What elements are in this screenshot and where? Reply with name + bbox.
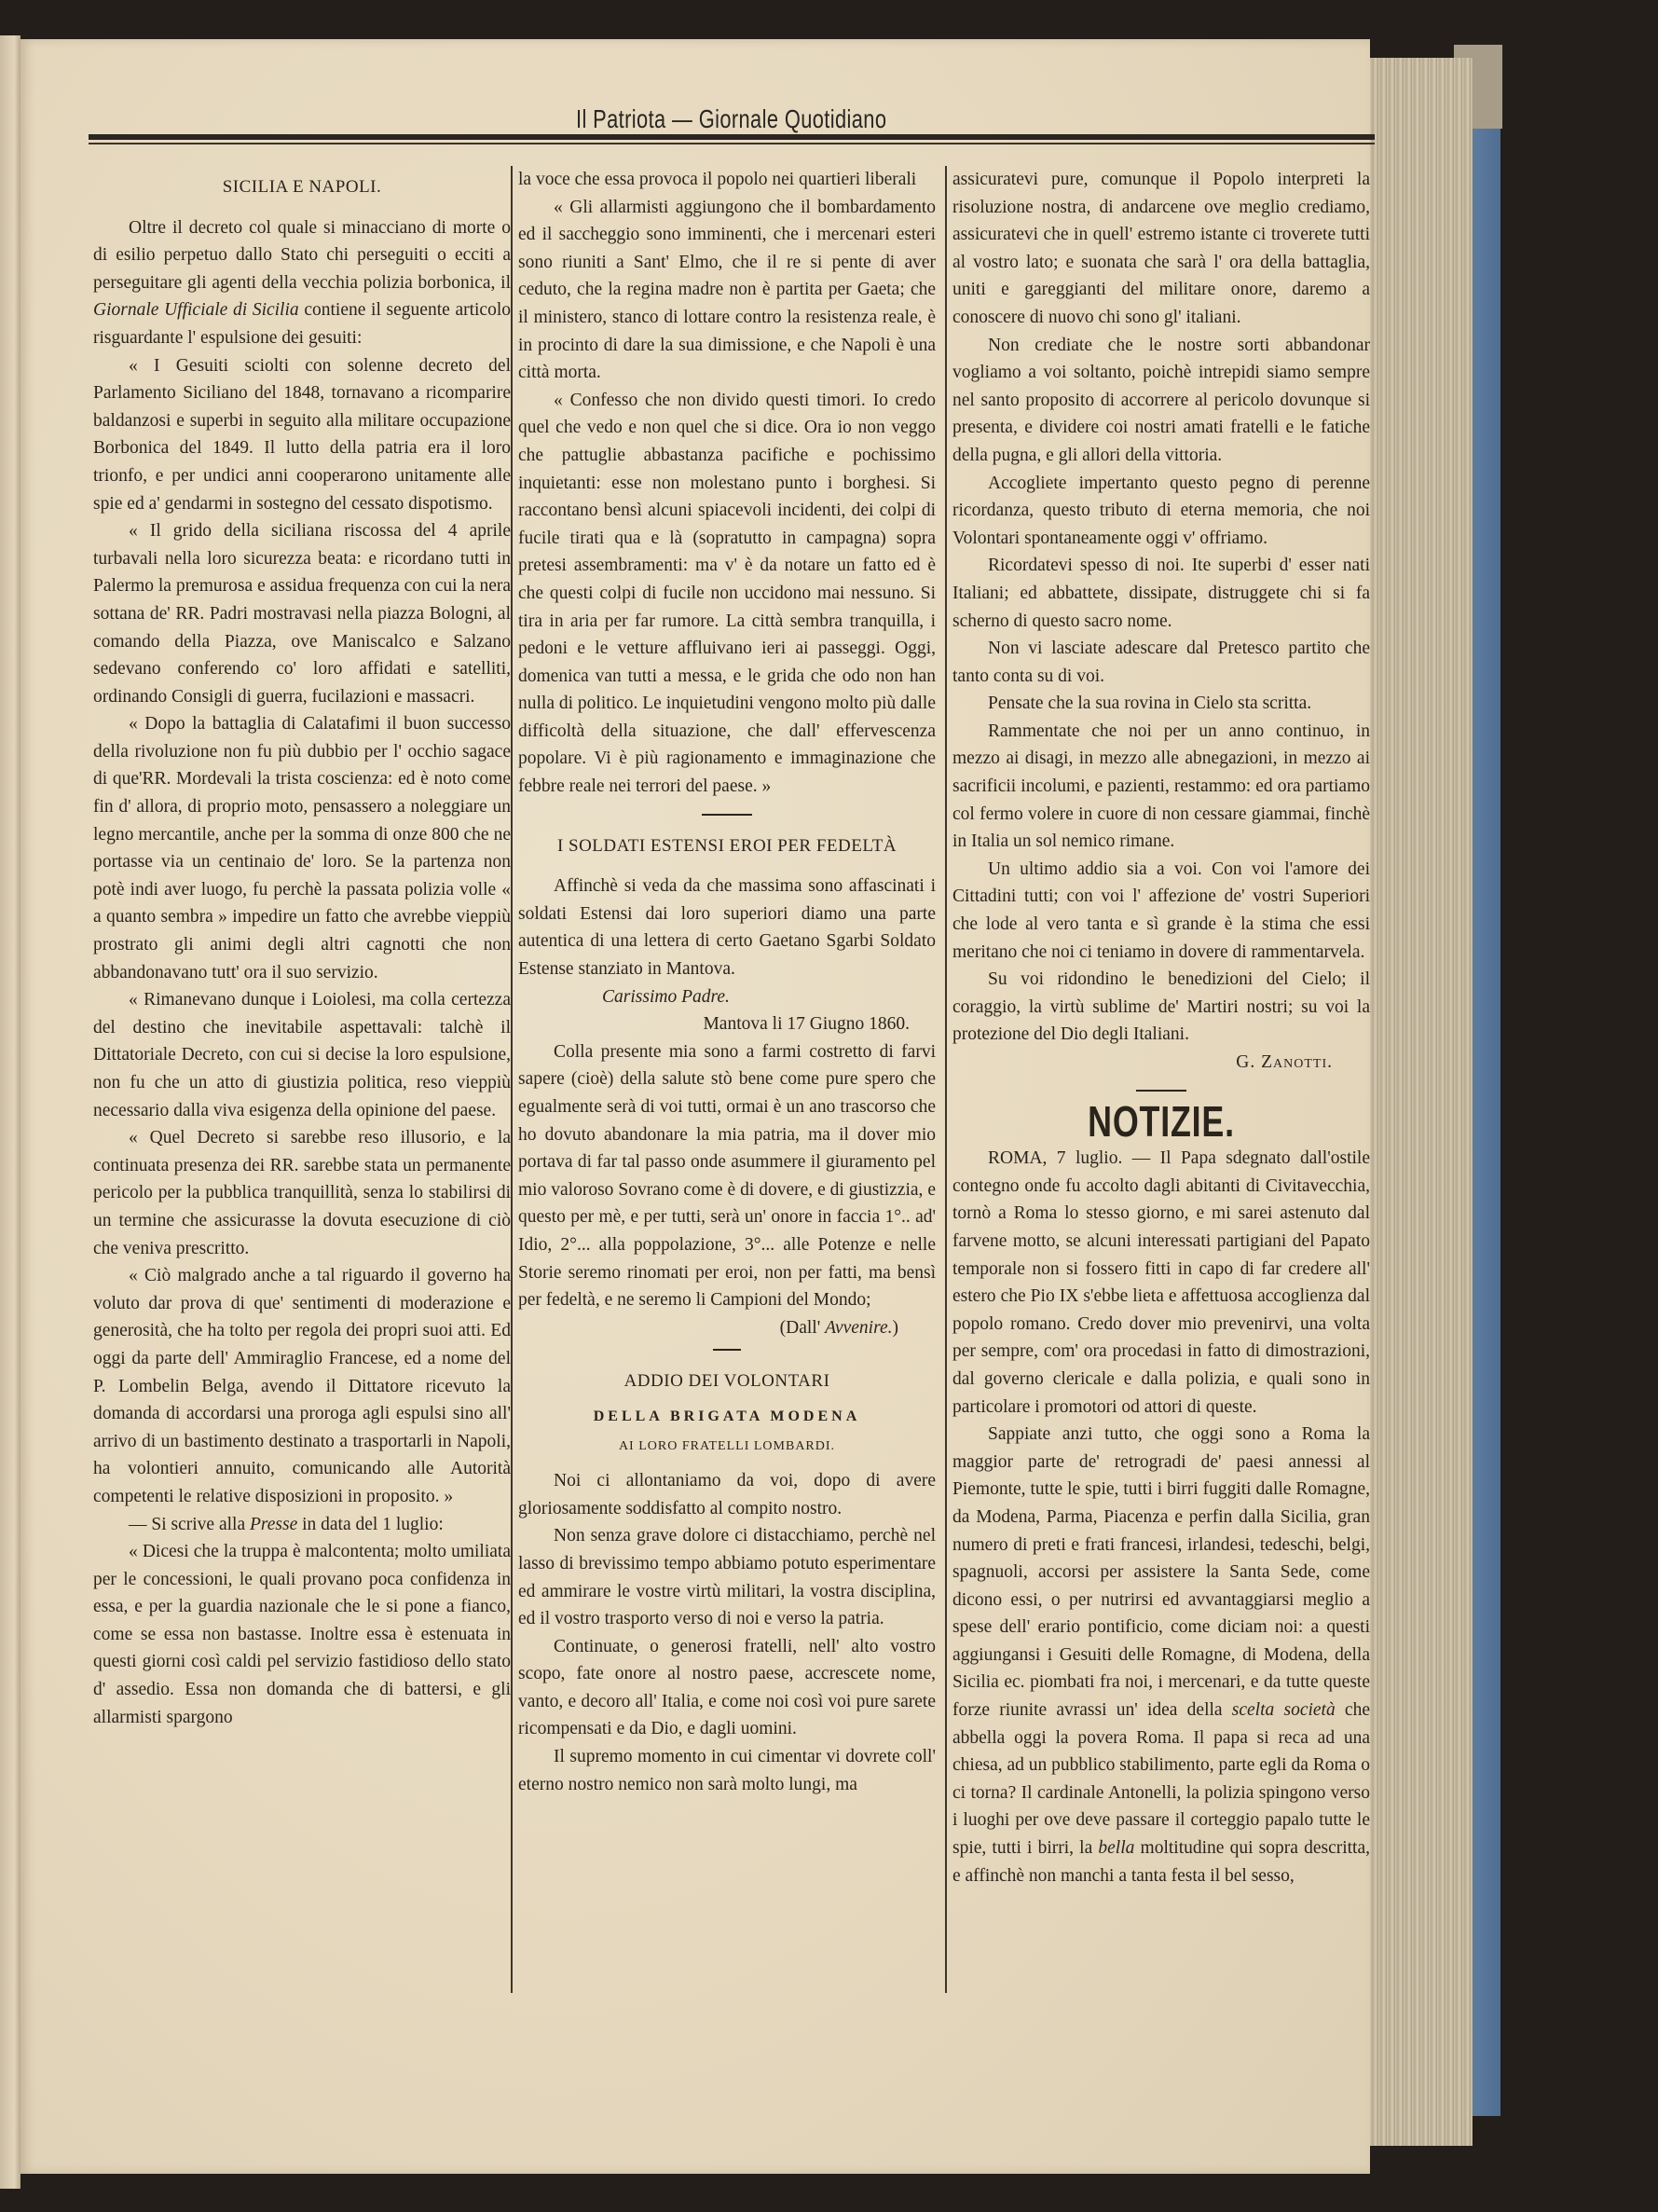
paragraph: Accogliete impertanto questo pegno di pe… — [952, 470, 1370, 553]
article-subheading-small: AI LORO FRATELLI LOMBARDI. — [518, 1433, 936, 1461]
paragraph: Non crediate che le nostre sorti abbando… — [952, 332, 1370, 470]
source-attribution: (Dall' Avvenire.) — [518, 1314, 936, 1342]
section-separator — [1136, 1090, 1186, 1092]
column-right: assicuratevi pure, comunque il Popolo in… — [952, 166, 1370, 1889]
column-divider — [945, 166, 947, 1993]
masthead: Il Patriota — Giornale Quotidiano — [89, 104, 1375, 134]
page-stack-edges — [1370, 58, 1473, 2146]
paragraph: Ricordatevi spesso di noi. Ite superbi d… — [952, 552, 1370, 635]
paragraph: Non vi lasciate adescare dal Pretesco pa… — [952, 635, 1370, 690]
letter-salutation: Carissimo Padre. — [518, 983, 936, 1011]
paragraph: Un ultimo addio sia a voi. Con voi l'amo… — [952, 856, 1370, 966]
paragraph: « Dopo la battaglia di Calatafimi il buo… — [93, 710, 511, 986]
paragraph: assicuratevi pure, comunque il Popolo in… — [952, 166, 1370, 332]
paragraph: Rammentate che noi per un anno continuo,… — [952, 718, 1370, 856]
paragraph: Pensate che la sua rovina in Cielo sta s… — [952, 690, 1370, 718]
paragraph: « Il grido della siciliana riscossa del … — [93, 517, 511, 710]
paragraph: « I Gesuiti sciolti con solenne decreto … — [93, 352, 511, 518]
paragraph: « Quel Decreto si sarebbe reso illusorio… — [93, 1124, 511, 1262]
paragraph: « Gli allarmisti aggiungono che il bomba… — [518, 194, 936, 387]
signature: G. Zanotti. — [952, 1049, 1370, 1077]
article-subheading: DELLA BRIGATA MODENA — [518, 1403, 936, 1431]
article-heading-sicilia-napoli: SICILIA E NAPOLI. — [93, 173, 511, 201]
paragraph: Noi ci allontaniamo da voi, dopo di aver… — [518, 1467, 936, 1522]
paragraph: la voce che essa provoca il popolo nei q… — [518, 166, 936, 194]
article-heading-addio: ADDIO DEI VOLONTARI — [518, 1367, 936, 1395]
paragraph: Oltre il decreto col quale si minacciano… — [93, 214, 511, 352]
paragraph: « Dicesi che la truppa è malcontenta; mo… — [93, 1538, 511, 1731]
section-title-notizie: NOTIZIE. — [998, 1108, 1323, 1136]
newspaper-title-italic: Giornale Ufficiale di Sicilia — [93, 300, 299, 320]
paragraph: « Rimanevano dunque i Loiolesi, ma colla… — [93, 986, 511, 1124]
paragraph: « Confesso che non divido questi timori.… — [518, 387, 936, 801]
paragraph: Su voi ridondino le benedizioni del Ciel… — [952, 966, 1370, 1049]
left-page-edge — [0, 35, 21, 2189]
column-middle: la voce che essa provoca il popolo nei q… — [518, 166, 936, 1798]
article-heading-soldati-estensi: I SOLDATI ESTENSI EROI PER FEDELTÀ — [518, 832, 936, 860]
masthead-rule-thin — [89, 143, 1375, 144]
masthead-rule-thick — [89, 134, 1375, 140]
paragraph: Colla presente mia sono a farmi costrett… — [518, 1038, 936, 1314]
section-separator — [702, 814, 752, 816]
paragraph: Continuate, o generosi fratelli, nell' a… — [518, 1633, 936, 1743]
paragraph: « Ciò malgrado anche a tal riguardo il g… — [93, 1262, 511, 1510]
paragraph: Non senza grave dolore ci distacchiamo, … — [518, 1522, 936, 1632]
column-divider — [511, 166, 513, 1993]
paragraph: Affinchè si veda da che massima sono aff… — [518, 872, 936, 982]
column-left: SICILIA E NAPOLI. Oltre il decreto col q… — [93, 166, 511, 1731]
letter-dateline: Mantova li 17 Giugno 1860. — [518, 1010, 936, 1038]
book-cover-edge — [1473, 47, 1500, 2116]
section-separator — [713, 1349, 741, 1351]
paragraph: Il supremo momento in cui cimentar vi do… — [518, 1743, 936, 1798]
masthead-title: Il Patriota — Giornale Quotidiano — [576, 104, 886, 134]
paragraph: — Si scrive alla Presse in data del 1 lu… — [93, 1511, 511, 1539]
paragraph: ROMA, 7 luglio. — Il Papa sdegnato dall'… — [952, 1145, 1370, 1421]
paragraph: Sappiate anzi tutto, che oggi sono a Rom… — [952, 1421, 1370, 1889]
